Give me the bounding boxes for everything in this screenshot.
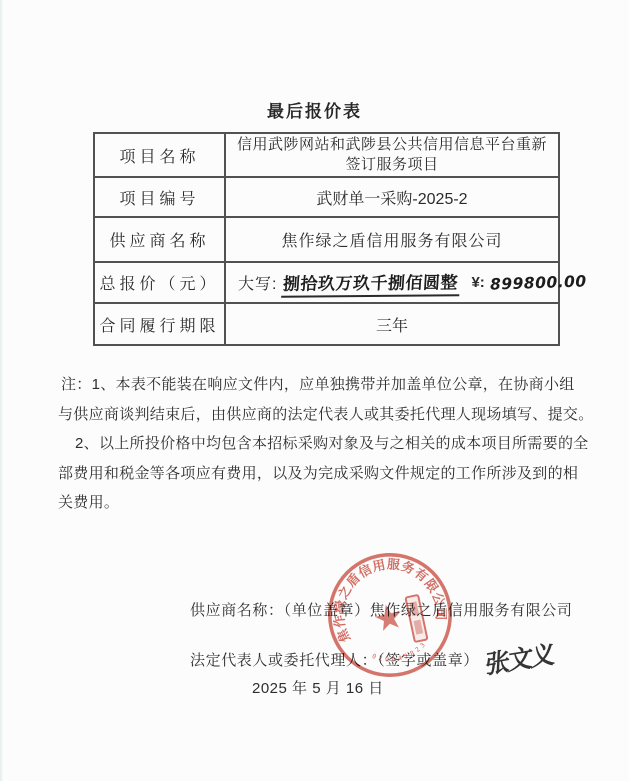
row-label-total-price: 总报价（元） [94,262,225,303]
note-line: 2、以上所投价格中均包含本招标采购对象及与之相关的成本项目所需要的全 [58,429,578,459]
supplier-line-value: （单位盖章）焦作绿之盾信用服务有限公司 [284,602,573,619]
table-row: 项目名称 信用武陟网站和武陟县公共信用信息平台重新签订服务项目 [94,133,559,177]
row-value-project-name: 信用武陟网站和武陟县公共信用信息平台重新签订服务项目 [225,133,559,177]
row-label-contract-term: 合同履行期限 [94,303,225,345]
price-cell: 大写: 捌拾玖万玖千捌佰圆整 ¥: 899800.00 [230,269,554,297]
representative-signature-line: 法定代表人或委托代理人：（签字或盖章）张文义 [190,637,548,673]
note-line: 关费用。 [58,488,578,518]
notes-block: 注：1、本表不能装在响应文件内，应单独携带并加盖单位公章，在协商小组 与供应商谈… [58,370,578,518]
page-title: 最后报价表 [0,97,629,122]
row-value-supplier-name: 焦作绿之盾信用服务有限公司 [225,217,559,262]
row-label-project-number: 项目编号 [94,177,225,217]
table-row: 总报价（元） 大写: 捌拾玖万玖千捌佰圆整 ¥: 899800.00 [94,262,559,303]
date-line: 2025 年 5 月 16 日 [252,677,384,698]
seal-company-name: 焦作绿之盾信用服务有限公司 [320,546,451,646]
quotation-table: 项目名称 信用武陟网站和武陟县公共信用信息平台重新签订服务项目 项目编号 武财单… [93,132,560,346]
project-name-text: 信用武陟网站和武陟县公共信用信息平台重新签订服务项目 [230,135,554,175]
row-value-project-number: 武财单一采购-2025-2 [225,177,559,217]
supplier-line-label: 供应商名称： [190,602,284,619]
daxie-label: 大写: [238,271,277,294]
handwritten-amount-capital: 捌拾玖万玖千捌佰圆整 [282,268,462,298]
row-value-contract-term: 三年 [225,303,559,345]
handwritten-amount-numeric: 899800.00 [490,272,587,293]
table-row: 项目编号 武财单一采购-2025-2 [94,177,559,217]
row-value-total-price: 大写: 捌拾玖万玖千捌佰圆整 ¥: 899800.00 [225,262,559,303]
row-label-supplier-name: 供应商名称 [94,217,225,262]
rep-line-value: （签字或盖章） [377,652,479,669]
note-line: 注：1、本表不能装在响应文件内，应单独携带并加盖单位公章，在协商小组 [58,370,578,400]
row-label-project-name: 项目名称 [94,133,225,177]
rep-line-label: 法定代表人或委托代理人： [190,652,377,669]
yen-label: ¥: [471,274,484,291]
supplier-signature-line: 供应商名称：（单位盖章）焦作绿之盾信用服务有限公司 [190,599,573,620]
document-page: 最后报价表 项目名称 信用武陟网站和武陟县公共信用信息平台重新签订服务项目 项目… [0,0,629,781]
note-line: 部费用和税金等各项应有费用，以及为完成采购文件规定的工作所涉及到的相 [58,459,578,489]
table-row: 供应商名称 焦作绿之盾信用服务有限公司 [94,217,559,262]
handwritten-signature: 张文义 [484,634,554,682]
table-row: 合同履行期限 三年 [94,303,559,345]
note-line: 与供应商谈判结束后，由供应商的法定代表人或其委托代理人现场填写、提交。 [58,400,578,430]
